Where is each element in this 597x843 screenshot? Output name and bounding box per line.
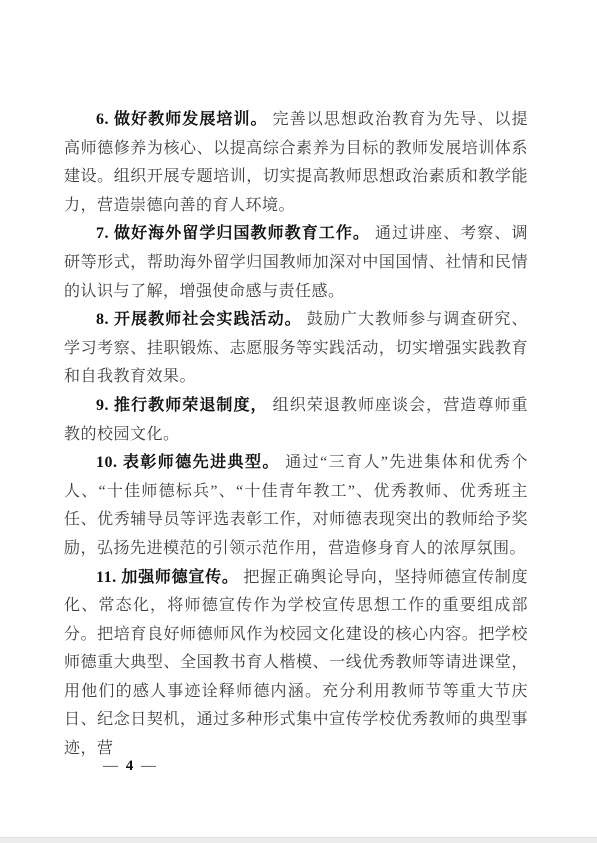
paragraph-10-heading: 10. 表彰师德先进典型。 (96, 454, 280, 471)
scan-edge-artifact (0, 837, 597, 843)
footer-dash-right: — (137, 758, 160, 774)
paragraph-9-heading: 9. 推行教师荣退制度， (96, 397, 268, 414)
document-body: 6. 做好教师发展培训。 完善以思想政治教育为先导、以提高师德修养为核心、以提高… (64, 106, 528, 764)
paragraph-6: 6. 做好教师发展培训。 完善以思想政治教育为先导、以提高师德修养为核心、以提高… (64, 106, 528, 220)
footer-dash-left: — (99, 758, 122, 774)
page-footer: — 4 — (99, 758, 160, 775)
paragraph-8-heading: 8. 开展教师社会实践活动。 (96, 311, 302, 328)
document-page: 6. 做好教师发展培训。 完善以思想政治教育为先导、以提高师德修养为核心、以提高… (0, 0, 597, 843)
paragraph-11-text: 把握正确舆论导向，坚持师德宣传制度化、常态化，将师德宣传作为学校宣传思想工作的重… (64, 569, 528, 758)
paragraph-11: 11. 加强师德宣传。 把握正确舆论导向，坚持师德宣传制度化、常态化，将师德宣传… (64, 564, 528, 764)
paragraph-11-heading: 11. 加强师德宣传。 (96, 569, 239, 586)
paragraph-9: 9. 推行教师荣退制度， 组织荣退教师座谈会，营造尊师重教的校园文化。 (64, 392, 528, 449)
paragraph-7-heading: 7. 做好海外留学归国教师教育工作。 (96, 225, 370, 242)
paragraph-6-heading: 6. 做好教师发展培训。 (96, 111, 268, 128)
page-number: 4 (126, 758, 134, 774)
paragraph-8: 8. 开展教师社会实践活动。 鼓励广大教师参与调查研究、学习考察、挂职锻炼、志愿… (64, 306, 528, 392)
paragraph-10: 10. 表彰师德先进典型。 通过“三育人”先进集体和优秀个人、“十佳师德标兵”、… (64, 449, 528, 563)
paragraph-7: 7. 做好海外留学归国教师教育工作。 通过讲座、考察、调研等形式，帮助海外留学归… (64, 220, 528, 306)
